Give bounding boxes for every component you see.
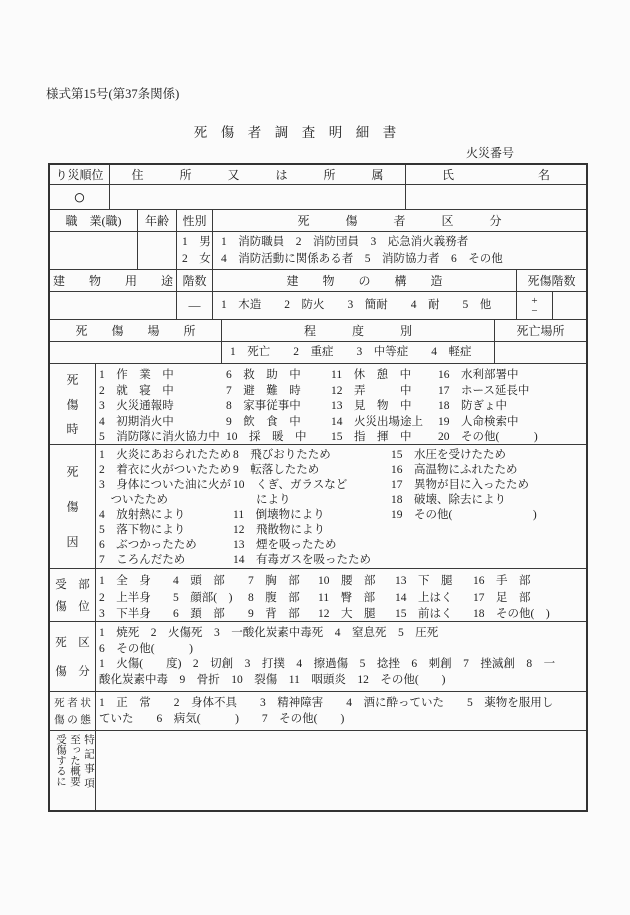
- body-part-item: 3 下半身: [99, 605, 173, 621]
- notes-label: 受傷するに 至った概要 特記事項: [50, 731, 95, 807]
- casualty-cause-line: ついたため により 18 破壊、除去により: [99, 493, 586, 508]
- casualty-cause-item: 5 落下物により: [99, 523, 233, 538]
- condition-row: 死 者 状 傷 の 態 1 正 常 2 身体不具 3 精神障害 4 酒に酔ってい…: [50, 692, 586, 731]
- casualty-time-row: 死 傷 時 1 作 業 中 6 救 助 中 11 休 憩 中 16 水利部署中 …: [50, 364, 586, 445]
- casualty-cause-item: 1 火炎にあおられたため: [99, 448, 233, 463]
- casualty-time-item: 11 休 憩 中: [331, 368, 438, 384]
- casualty-table: り災順位 住 所 又 は 所 属 氏 名 ○ 職 業(職) 年齢 性別 死 傷 …: [48, 163, 588, 812]
- severity-header: 程 度 別: [222, 320, 495, 341]
- casualty-time-item: 7 避 難 時: [226, 384, 331, 400]
- body-part-item: 10 腰 部: [318, 572, 395, 588]
- casualty-time-label-char: 死: [66, 371, 78, 388]
- severity-options: 1 死亡 2 重症 3 中等症 4 軽症: [222, 342, 495, 363]
- classification-line: 6 その他( ): [99, 642, 586, 658]
- sex-options: 1 男 2 女: [177, 232, 213, 269]
- occupation-field: [50, 232, 138, 269]
- body-part-item: 11 臀 部: [318, 589, 395, 605]
- body-part-item: 2 上半身: [99, 589, 173, 605]
- casualty-cause-label-char: 死: [66, 463, 78, 480]
- injury-place-header: 死 傷 場 所: [50, 320, 222, 341]
- condition-label-line: 傷 の 態: [54, 712, 91, 727]
- casualty-cause-item: 13 煙を吸ったため: [233, 538, 391, 553]
- casualty-time-line: 2 就 寝 中 7 避 難 時 12 弄 中 17 ホース延長中: [99, 384, 586, 400]
- casualty-cause-line: 2 着衣に火がついたため 9 転落したため 16 高温物にふれたため: [99, 463, 586, 478]
- casualty-time-item: 5 消防隊に消火協力中: [99, 430, 226, 446]
- body-part-item: 16 手 部: [473, 572, 531, 588]
- classification-row: 死 区 傷 分 1 焼死 2 火傷死 3 一酸化炭素中毒死 4 窒息死 5 圧死…: [50, 622, 586, 692]
- injury-place-field: [50, 342, 222, 363]
- casualty-cause-item: 8 飛びおりたため: [233, 448, 391, 463]
- body-part-label: 受 部 傷 位: [50, 569, 96, 621]
- minus-sign: −: [531, 306, 537, 316]
- casualty-cause-label: 死 傷 因: [50, 445, 96, 568]
- order-mark-cell: ○: [50, 185, 110, 209]
- victim-header-row: り災順位 住 所 又 は 所 属 氏 名: [50, 165, 586, 185]
- order-circle-mark: ○: [73, 186, 86, 209]
- body-part-item: 18 その他( ): [473, 605, 550, 621]
- body-part-item: 5 顔部( ): [173, 589, 248, 605]
- casualty-time-line: 3 火災通報時 8 家事従事中 13 見 物 中 18 防ぎょ中: [99, 399, 586, 415]
- casualty-cause-line: 4 放射熱により 11 倒壊物により 19 その他( ): [99, 508, 586, 523]
- casualty-cause-item: により: [233, 493, 391, 508]
- document-page: 様式第15号(第37条関係) 死 傷 者 調 査 明 細 書 火災番号 り災順位…: [0, 0, 630, 915]
- casualty-time-item: 16 水利部署中: [438, 368, 519, 384]
- casualty-time-item: 18 防ぎょ中: [438, 399, 507, 415]
- death-place-header: 死亡場所: [495, 320, 586, 341]
- order-header: り災順位: [50, 165, 110, 184]
- category-line: 1 消防職員 2 消防団員 3 応急消火義務者: [221, 234, 586, 251]
- condition-label: 死 者 状 傷 の 態: [50, 692, 96, 730]
- victim-entry-row: ○: [50, 185, 586, 210]
- structure-options: 1 木造 2 防火 3 簡耐 4 耐 5 他: [213, 292, 517, 319]
- body-part-item: 15 前はく: [395, 605, 473, 621]
- place-header-row: 死 傷 場 所 程 度 別 死亡場所: [50, 320, 586, 342]
- body-part-item: 4 頭 部: [173, 572, 248, 588]
- notes-label-col: 至った概要: [69, 734, 80, 787]
- casualty-cause-line: 3 身体についた油に火が 10 くぎ、ガラスなど 17 異物が目に入ったため: [99, 478, 586, 493]
- place-entry-row: 1 死亡 2 重症 3 中等症 4 軽症: [50, 342, 586, 364]
- page-title: 死 傷 者 調 査 明 細 書: [0, 121, 590, 141]
- structure-header: 建 物 の 構 造: [213, 270, 517, 291]
- classification-label-line: 傷 分: [55, 663, 90, 679]
- category-options: 1 消防職員 2 消防団員 3 応急消火義務者 4 消防活動に関係ある者 5 消…: [213, 232, 586, 269]
- condition-line: 1 正 常 2 身体不具 3 精神障害 4 酒に酔っていた 5 薬物を服用し: [99, 695, 586, 711]
- casualty-time-item: 9 飲 食 中: [226, 415, 331, 431]
- building-use-header: 建 物 用 途: [50, 270, 177, 291]
- body-part-line: 3 下半身 6 頚 部 9 背 部 12 大 腿 15 前はく 18 その他( …: [99, 605, 586, 621]
- casualty-time-label: 死 傷 時: [50, 364, 96, 444]
- casualty-time-item: 14 火災出場途上: [331, 415, 438, 431]
- plus-sign: +: [531, 296, 537, 306]
- notes-label-col: 受傷するに: [55, 734, 66, 787]
- casualty-cause-item: 12 飛散物により: [233, 523, 391, 538]
- casualty-time-item: 8 家事従事中: [226, 399, 331, 415]
- name-header: 氏 名: [406, 165, 586, 184]
- fire-number-label: 火災番号: [466, 144, 514, 161]
- person-header-row: 職 業(職) 年齢 性別 死 傷 者 区 分: [50, 210, 586, 232]
- casualty-time-line: 1 作 業 中 6 救 助 中 11 休 憩 中 16 水利部署中: [99, 368, 586, 384]
- casualty-time-line: 4 初期消火中 9 飲 食 中 14 火災出場途上 19 人命検索中: [99, 415, 586, 431]
- casualty-cause-item: 6 ぶつかったため: [99, 538, 233, 553]
- casualty-cause-item: 11 倒壊物により: [233, 508, 391, 523]
- casualty-cause-item: 10 くぎ、ガラスなど: [233, 478, 391, 493]
- body-part-item: 8 腹 部: [248, 589, 318, 605]
- casualty-cause-line: 5 落下物により 12 飛散物により: [99, 523, 586, 538]
- sex-option: 1 男: [182, 234, 212, 251]
- casualty-time-item: 10 採 暖 中: [226, 430, 331, 446]
- casualty-cause-item: 3 身体についた油に火が: [99, 478, 233, 493]
- building-entry-row: — 1 木造 2 防火 3 簡耐 4 耐 5 他 + −: [50, 292, 586, 320]
- condition-line: ていた 6 病気( ) 7 その他( ): [99, 711, 586, 727]
- name-field: [406, 185, 586, 209]
- body-part-item: 9 背 部: [248, 605, 318, 621]
- sex-header: 性別: [177, 210, 213, 231]
- casualty-cause-label-char: 因: [66, 533, 78, 550]
- body-part-label-line: 受 部: [55, 576, 90, 592]
- classification-line: 1 焼死 2 火傷死 3 一酸化炭素中毒死 4 窒息死 5 圧死: [99, 626, 586, 642]
- casualty-time-label-char: 傷: [66, 396, 78, 413]
- casualty-time-item: 17 ホース延長中: [438, 384, 529, 400]
- body-part-line: 2 上半身 5 顔部( ) 8 腹 部 11 臀 部 14 上はく 17 足 部: [99, 589, 586, 605]
- classification-line: 酸化炭素中毒 9 骨折 10 裂傷 11 咽頭炎 12 その他( ): [99, 673, 586, 689]
- casualty-cause-options: 1 火炎にあおられたため 8 飛びおりたため 15 水圧を受けたため 2 着衣に…: [96, 445, 586, 568]
- casualty-cause-label-char: 傷: [66, 498, 78, 515]
- occupation-header: 職 業(職): [50, 210, 138, 231]
- body-part-line: 1 全 身 4 頭 部 7 胸 部 10 腰 部 13 下 腿 16 手 部: [99, 572, 586, 588]
- casualty-cause-row: 死 傷 因 1 火炎にあおられたため 8 飛びおりたため 15 水圧を受けたため…: [50, 445, 586, 569]
- category-header: 死 傷 者 区 分: [213, 210, 586, 231]
- age-field: [138, 232, 177, 269]
- body-part-item: 17 足 部: [473, 589, 531, 605]
- floors-header: 階数: [177, 270, 213, 291]
- death-place-field: [495, 342, 586, 363]
- casualty-time-item: 6 救 助 中: [226, 368, 331, 384]
- casualty-cause-item: ついたため: [99, 493, 233, 508]
- casualty-cause-line: 1 火炎にあおられたため 8 飛びおりたため 15 水圧を受けたため: [99, 448, 586, 463]
- condition-options: 1 正 常 2 身体不具 3 精神障害 4 酒に酔っていた 5 薬物を服用し て…: [96, 692, 586, 730]
- casualty-cause-line: 6 ぶつかったため 13 煙を吸ったため: [99, 538, 586, 553]
- condition-label-line: 死 者 状: [54, 695, 91, 710]
- notes-label-cell: 受傷するに 至った概要 特記事項: [50, 731, 96, 810]
- body-part-item: 6 頚 部: [173, 605, 248, 621]
- casualty-time-item: 19 人命検索中: [438, 415, 519, 431]
- body-part-row: 受 部 傷 位 1 全 身 4 頭 部 7 胸 部 10 腰 部 13 下 腿 …: [50, 569, 586, 622]
- person-entry-row: 1 男 2 女 1 消防職員 2 消防団員 3 応急消火義務者 4 消防活動に関…: [50, 232, 586, 270]
- address-field: [110, 185, 406, 209]
- classification-line: 1 火傷( 度) 2 切創 3 打撲 4 擦過傷 5 捻挫 6 刺創 7 挫滅創…: [99, 657, 586, 673]
- body-part-item: 14 上はく: [395, 589, 473, 605]
- body-part-item: 12 大 腿: [318, 605, 395, 621]
- body-part-item: 1 全 身: [99, 572, 173, 588]
- casualty-time-item: 1 作 業 中: [99, 368, 226, 384]
- casualty-cause-item: 18 破壊、除去により: [391, 493, 506, 508]
- casualty-cause-item: 9 転落したため: [233, 463, 391, 478]
- body-part-options: 1 全 身 4 頭 部 7 胸 部 10 腰 部 13 下 腿 16 手 部 2…: [96, 569, 586, 621]
- casualty-floor-field: [553, 292, 586, 319]
- casualty-time-label-char: 時: [66, 420, 78, 437]
- notes-label-col: 特記事項: [83, 734, 94, 792]
- structure-options-line: 1 木造 2 防火 3 簡耐 4 耐 5 他: [221, 297, 516, 314]
- casualty-time-item: 20 その他( ): [438, 430, 538, 446]
- casualty-time-options: 1 作 業 中 6 救 助 中 11 休 憩 中 16 水利部署中 2 就 寝 …: [96, 364, 586, 444]
- casualty-time-item: 13 見 物 中: [331, 399, 438, 415]
- sex-option: 2 女: [182, 251, 212, 268]
- casualty-time-item: 15 指 揮 中: [331, 430, 438, 446]
- casualty-cause-item: 14 有毒ガスを吸ったため: [233, 553, 391, 568]
- casualty-cause-item: 17 異物が目に入ったため: [391, 478, 529, 493]
- building-use-field: [50, 292, 177, 319]
- plus-minus-cell: + −: [517, 292, 553, 319]
- classification-label-line: 死 区: [55, 634, 90, 650]
- body-part-item: 7 胸 部: [248, 572, 318, 588]
- casualty-time-item: 3 火災通報時: [99, 399, 226, 415]
- casualty-time-line: 5 消防隊に消火協力中 10 採 暖 中 15 指 揮 中 20 その他( ): [99, 430, 586, 446]
- casualty-floor-header: 死傷階数: [517, 270, 586, 291]
- notes-row: 受傷するに 至った概要 特記事項: [50, 731, 586, 810]
- casualty-time-item: 2 就 寝 中: [99, 384, 226, 400]
- notes-field: [96, 731, 586, 810]
- body-part-item: 13 下 腿: [395, 572, 473, 588]
- casualty-cause-item: 16 高温物にふれたため: [391, 463, 518, 478]
- classification-options: 1 焼死 2 火傷死 3 一酸化炭素中毒死 4 窒息死 5 圧死 6 その他( …: [96, 622, 586, 691]
- casualty-cause-item: 19 その他( ): [391, 508, 537, 523]
- casualty-cause-item: 2 着衣に火がついたため: [99, 463, 233, 478]
- classification-label: 死 区 傷 分: [50, 622, 96, 691]
- casualty-cause-item: 4 放射熱により: [99, 508, 233, 523]
- casualty-cause-item: 15 水圧を受けたため: [391, 448, 506, 463]
- body-part-label-line: 傷 位: [55, 598, 90, 614]
- casualty-time-item: 12 弄 中: [331, 384, 438, 400]
- category-line: 4 消防活動に関係ある者 5 消防協力者 6 その他: [221, 251, 586, 268]
- building-header-row: 建 物 用 途 階数 建 物 の 構 造 死傷階数: [50, 270, 586, 292]
- casualty-cause-line: 7 ころんだため 14 有毒ガスを吸ったため: [99, 553, 586, 568]
- address-header: 住 所 又 は 所 属: [110, 165, 406, 184]
- floors-field: —: [177, 292, 213, 319]
- age-header: 年齢: [138, 210, 177, 231]
- casualty-time-item: 4 初期消火中: [99, 415, 226, 431]
- form-number: 様式第15号(第37条関係): [46, 84, 179, 102]
- casualty-cause-item: 7 ころんだため: [99, 553, 233, 568]
- severity-options-line: 1 死亡 2 重症 3 中等症 4 軽症: [230, 344, 494, 361]
